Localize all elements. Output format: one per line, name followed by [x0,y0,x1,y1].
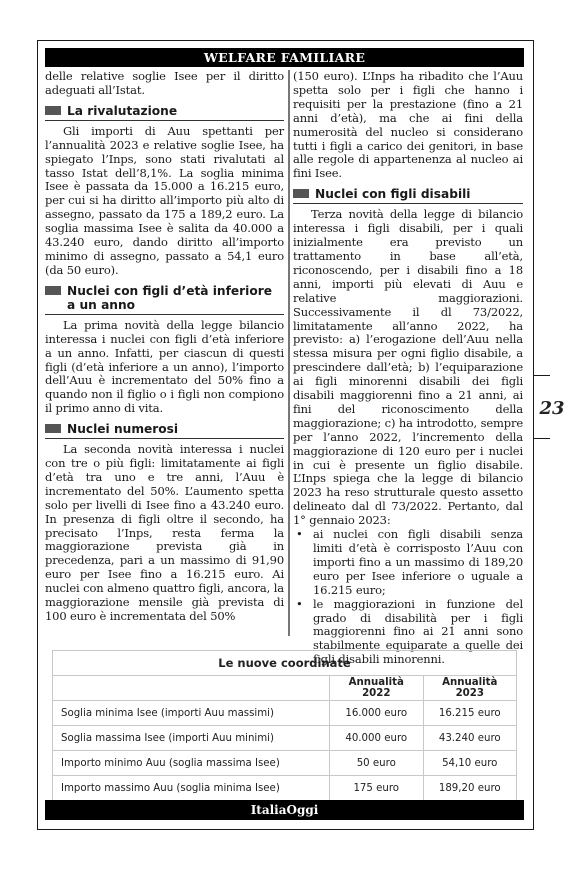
paragraph-rivalutazione: Gli importi di Auu spettanti per l’annua… [45,125,284,278]
column-header-2022: Annualità 2022 [330,676,424,701]
coordinates-table: Le nuove coordinate Annualità 2022 Annua… [52,650,517,801]
table-row: Importo minimo Auu (soglia massima Isee)… [53,751,517,776]
value-2023: 189,20 euro [423,776,517,801]
paragraph-figli-inferiore-anno: La prima novità della legge bilancio int… [45,319,284,416]
continuation-paragraph: (150 euro). L’Inps ha ribadito che l’Auu… [293,70,523,181]
publication-footer: ItaliaOggi [45,800,524,820]
column-header [53,676,330,701]
list-item: • ai nuclei con figli disabili senza lim… [293,528,523,598]
row-label: Importo massimo Auu (soglia minima Isee) [53,776,330,801]
section-heading-figli-inferiore-anno: Nuclei con figli d’età inferiore a un an… [45,282,284,315]
value-2022: 16.000 euro [330,701,424,726]
page-number: 23 [537,398,567,419]
page-marker-bracket-top [534,40,550,376]
bullet-icon: • [296,528,303,542]
table-header-row: Annualità 2022 Annualità 2023 [53,676,517,701]
heading-square-icon [45,106,61,115]
row-label: Soglia massima Isee (importi Auu minimi) [53,726,330,751]
paragraph-figli-disabili: Terza novità della legge di bilancio int… [293,208,523,528]
paragraph-nuclei-numerosi: La seconda novità interessa i nuclei con… [45,443,284,624]
value-2022: 50 euro [330,751,424,776]
column-divider [288,70,290,636]
row-label: Soglia minima Isee (importi Auu massimi) [53,701,330,726]
heading-square-icon [293,189,309,198]
coordinates-table-box: Le nuove coordinate Annualità 2022 Annua… [52,650,517,801]
value-2023: 43.240 euro [423,726,517,751]
section-heading-rivalutazione: La rivalutazione [45,102,284,121]
section-heading-nuclei-numerosi: Nuclei numerosi [45,420,284,439]
left-column: delle relative soglie Isee per il diritt… [45,70,284,624]
value-2022: 40.000 euro [330,726,424,751]
heading-square-icon [45,424,61,433]
bullet-list: • ai nuclei con figli disabili senza lim… [293,528,523,667]
value-2023: 16.215 euro [423,701,517,726]
bullet-icon: • [296,598,303,612]
row-label: Importo minimo Auu (soglia massima Isee) [53,751,330,776]
value-2022: 175 euro [330,776,424,801]
value-2023: 54,10 euro [423,751,517,776]
intro-paragraph: delle relative soglie Isee per il diritt… [45,70,284,98]
table-row: Importo massimo Auu (soglia minima Isee)… [53,776,517,801]
right-column: (150 euro). L’Inps ha ribadito che l’Auu… [293,70,523,667]
column-header-2023: Annualità 2023 [423,676,517,701]
section-banner: WELFARE FAMILIARE [45,48,524,67]
table-row: Soglia massima Isee (importi Auu minimi)… [53,726,517,751]
section-heading-figli-disabili: Nuclei con figli disabili [293,185,523,204]
page-marker-bracket-bottom [534,438,550,831]
heading-square-icon [45,286,61,295]
table-title: Le nuove coordinate [53,651,517,676]
table-row: Soglia minima Isee (importi Auu massimi)… [53,701,517,726]
